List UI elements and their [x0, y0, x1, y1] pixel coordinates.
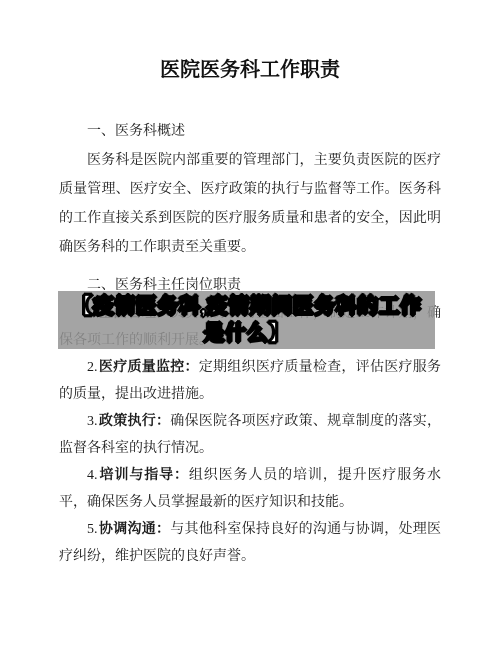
watermark-title-line1: 【疫情医务科,疫情期间医务科的工作 — [71, 293, 421, 320]
document-title: 医院医务科工作职责 — [0, 57, 500, 83]
document-page: 医院医务科工作职责 一、医务科概述 医务科是医院内部重要的管理部门，主要负责医院… — [0, 0, 500, 647]
duty-item-5-num: 5. — [87, 522, 98, 537]
duty-item-5-label: 协调沟通： — [99, 522, 171, 537]
duty-item-4: 4. 培训与指导：组织医务人员的培训，提升医疗服务水平，确保医务人员掌握最新的医… — [59, 462, 441, 516]
duty-item-2-label: 医疗质量监控： — [99, 360, 199, 375]
duty-item-3-num: 3. — [87, 414, 98, 429]
duty-item-4-num: 4. — [87, 468, 98, 483]
section1-paragraph: 医务科是医院内部重要的管理部门，主要负责医院的医疗质量管理、医疗安全、医疗政策的… — [59, 146, 441, 262]
watermark-overlay: 【疫情医务科,疫情期间医务科的工作 是什么】 — [58, 291, 435, 349]
watermark-title-line2: 是什么】 — [204, 320, 290, 347]
duty-item-5: 5. 协调沟通：与其他科室保持良好的沟通与协调，处理医疗纠纷，维护医院的良好声誉… — [59, 516, 441, 570]
duty-item-3: 3. 政策执行：确保医院各项医疗政策、规章制度的落实，监督各科室的执行情况。 — [59, 408, 441, 462]
section1-heading: 一、医务科概述 — [59, 117, 441, 146]
duty-item-3-label: 政策执行： — [99, 414, 171, 429]
duty-item-2-num: 2. — [87, 360, 98, 375]
duty-item-2: 2. 医疗质量监控：定期组织医疗质量检查，评估医疗服务的质量，提出改进措施。 — [59, 354, 441, 408]
duty-item-4-label: 培训与指导： — [99, 468, 189, 483]
